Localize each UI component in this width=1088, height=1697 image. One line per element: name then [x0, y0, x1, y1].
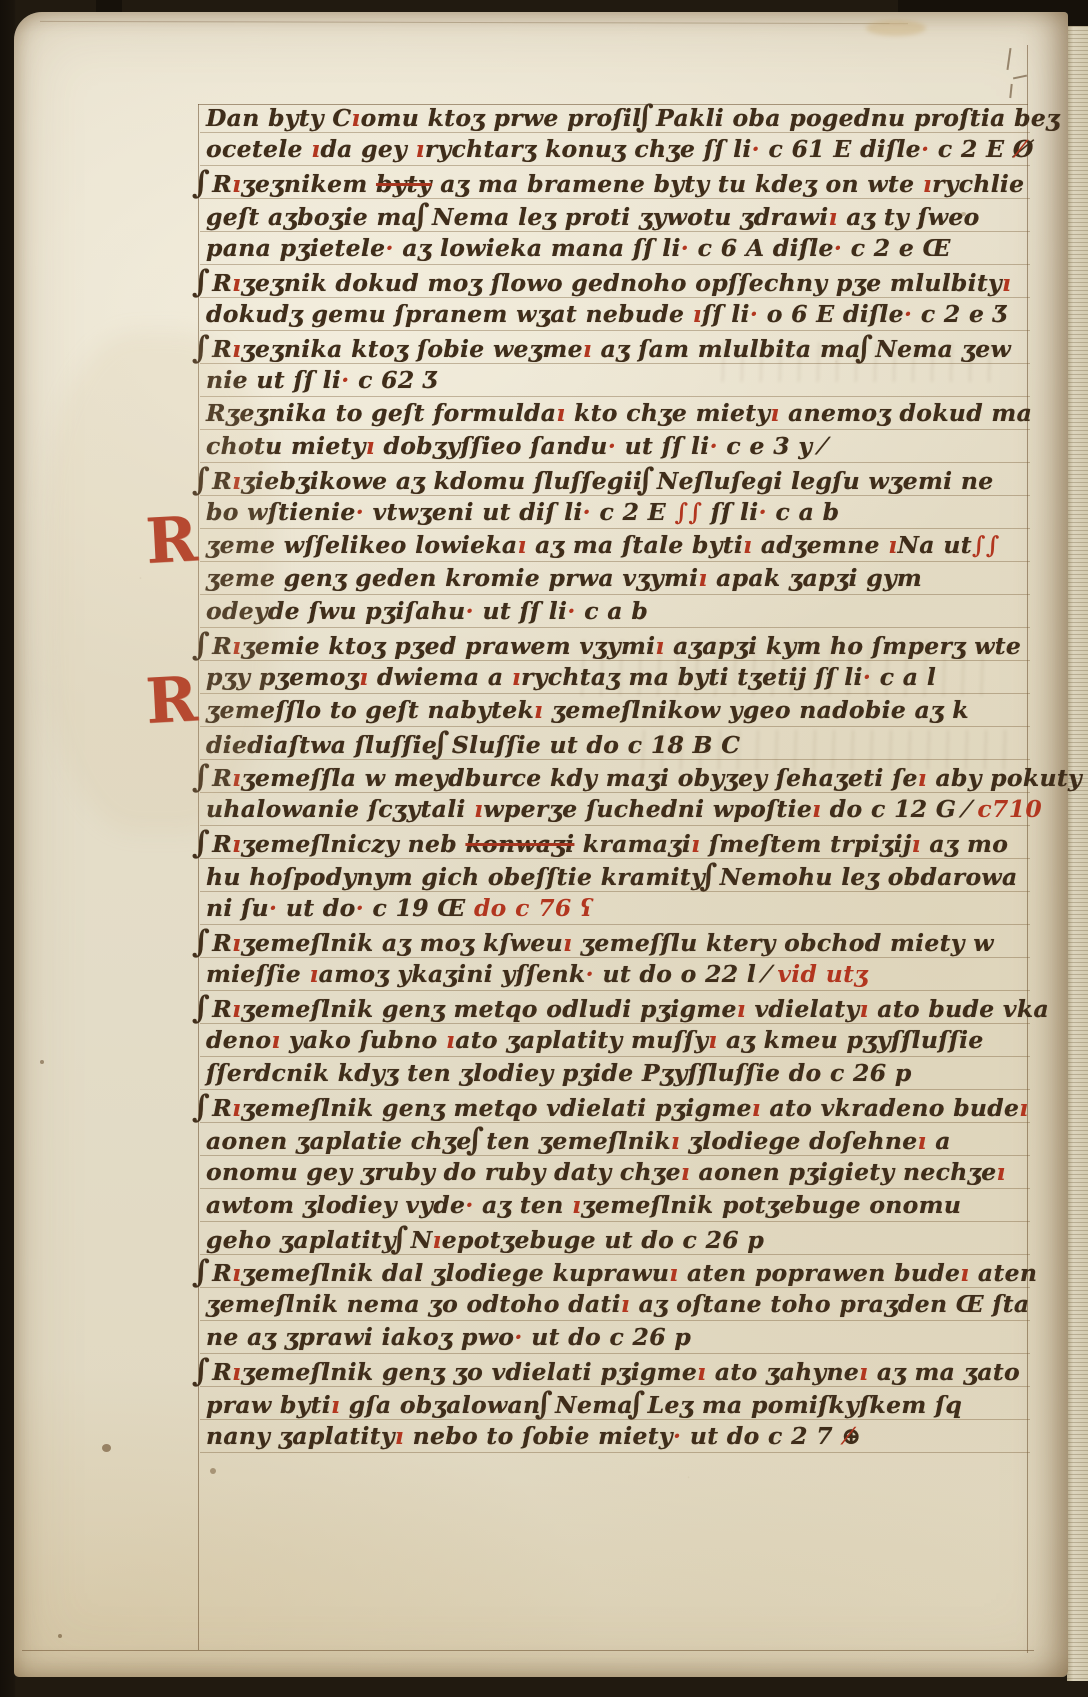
- rubric-text: ı: [232, 1094, 241, 1122]
- rubric-text: ı: [888, 531, 897, 559]
- ink-text: da gey: [320, 135, 415, 163]
- ink-text: diediaſtwa ſluſſie: [206, 731, 446, 759]
- expunged-text: konwaʒi: [465, 830, 574, 858]
- expunged-text: byty: [376, 170, 432, 198]
- rubric-text: ı: [743, 531, 752, 559]
- ink-text: onomu gey ʒruby do ruby daty chʒe: [206, 1158, 681, 1186]
- manuscript-line: ∫Rıʒeʒnika ktoʒ ſobie weʒmeı aʒ ſam mlul…: [200, 331, 1030, 364]
- manuscript-line: uhalowanie ſcʒytali ıwperʒe ſuchedni wpo…: [200, 793, 1030, 826]
- rubric-text: ı: [1019, 1094, 1028, 1122]
- ink-text: do c 12 G ⁄: [821, 795, 969, 823]
- book-fore-edge: [1067, 26, 1088, 1681]
- rubricated-initial: R: [144, 506, 220, 580]
- ink-text: omu ktoʒ prwe proſil: [361, 104, 650, 132]
- manuscript-line: ʒemeſlnik nema ʒo odtoho datiı aʒ oſtane…: [200, 1288, 1030, 1321]
- manuscript-line: bo wſtienie· vtwʒeni ut diſ li· c 2 E ∫∫…: [200, 496, 1030, 529]
- manuscript-line: onomu gey ʒruby do ruby daty chʒeı aonen…: [200, 1156, 1030, 1189]
- rubric-stroke: ⁄: [1019, 135, 1023, 163]
- ink-text: ʒemeſlnik dal ʒlodiege kuprawu: [241, 1259, 669, 1287]
- paraph-mark: ∫: [192, 1091, 210, 1124]
- rubric-text: ı: [655, 632, 664, 660]
- manuscript-line: awtom ʒlodiey vyde· aʒ ten ıʒemeſlnik po…: [200, 1189, 1030, 1222]
- rubric-text: ∫∫: [674, 498, 702, 526]
- ink-text: dwiema a: [368, 663, 511, 691]
- rubric-text: ·: [834, 234, 842, 262]
- rubric-text: ı: [563, 929, 572, 957]
- rubric-text: c710: [969, 795, 1042, 823]
- stain: [58, 1634, 62, 1638]
- rubric-text: ·: [583, 498, 591, 526]
- ink-text: geho ʒaplatity: [206, 1226, 404, 1254]
- rubric-text: ı: [693, 300, 702, 328]
- rubric-text: ı: [395, 1422, 404, 1450]
- ink-text: N: [411, 1226, 433, 1254]
- ink-text: Nema leʒ proti ʒywotu ʒdrawi: [432, 203, 829, 231]
- ink-text: vdielaty: [746, 995, 860, 1023]
- ink-text: Sluſſie ut do c 18 B C: [452, 731, 740, 759]
- manuscript-line: nany ʒaplatityı nebo to ſobie miety· ut …: [200, 1420, 1030, 1453]
- rubric-text: ı: [271, 1026, 280, 1054]
- ink-text: aʒ ma ſtale byti: [527, 531, 743, 559]
- ink-text: ʒlodiege doſehne: [680, 1127, 917, 1155]
- ink-text: rychtaʒ ma byti tʒetij ſſ li: [521, 663, 863, 691]
- manuscript-line: ∫Rıʒiebʒikowe aʒ kdomu ſluſſegii ∫Neſluſ…: [200, 463, 1030, 496]
- ink-text: ut do c 2 7 ⊕: [681, 1422, 861, 1450]
- rubric-text: ı: [917, 1127, 926, 1155]
- rubric-text: ı: [232, 1259, 241, 1287]
- ink-text: ʒemeſlnik potʒebuge onomu: [581, 1191, 961, 1219]
- ink-text: Dan byty C: [206, 104, 351, 132]
- rubric-text: ı: [232, 335, 241, 363]
- ink-text: aʒ kmeu pʒyſſluſſie: [718, 1026, 984, 1054]
- stain: [102, 1444, 111, 1452]
- ink-text: nebo to ſobie miety: [404, 1422, 673, 1450]
- rubric-text: ·: [465, 1191, 473, 1219]
- manuscript-line: Dan byty Cıomu ktoʒ prwe proſil ∫Pakli o…: [200, 100, 1030, 133]
- ink-text: ato bude vka: [869, 995, 1049, 1023]
- rubric-text: ·: [586, 960, 594, 988]
- ink-text: ʒeme wſſelikeo lowieka: [206, 531, 517, 559]
- ink-text: ʒemeſſlu ktery obchod miety w: [572, 929, 993, 957]
- ink-text: c 6 A diſle: [689, 234, 834, 262]
- ink-text: R: [212, 929, 232, 957]
- rubric-text: ·: [750, 300, 758, 328]
- manuscript-line: ſſerdcnik kdyʒ ten ʒlodiey pʒide Pʒyſſlu…: [200, 1057, 1030, 1090]
- ink-text: aten poprawen bude: [679, 1259, 961, 1287]
- rubric-text: ı: [828, 203, 837, 231]
- pen-mark: [1006, 48, 1011, 70]
- rubric-text: ı: [860, 995, 869, 1023]
- paraph-mark: ∫: [535, 1388, 553, 1421]
- stain: [40, 1060, 44, 1064]
- ink-text: ʒemeſlnikow ygeo nadobie aʒ k: [543, 696, 969, 724]
- ink-text: aʒ mo: [921, 830, 1008, 858]
- paraph-mark: ∫: [192, 761, 210, 794]
- manuscript-line: ∫Rıʒemie ktoʒ pʒed prawem vʒymiı aʒapʒi …: [200, 628, 1030, 661]
- ink-text: ʒemeſlnik genʒ ʒo vdielati pʒigme: [241, 1358, 697, 1386]
- rubric-text: do c 76 ʕ: [474, 894, 593, 922]
- ink-text: c e 3 y ⁄: [718, 432, 825, 460]
- paraph-mark: ∫: [192, 992, 210, 1025]
- rubric-text: ·: [356, 894, 364, 922]
- manuscript-line: chotu mietyı dobʒyſſieo ſandu· ut ſſ li·…: [200, 430, 1030, 463]
- ink-text: praw byti: [206, 1391, 331, 1419]
- manuscript-line: dokudʒ gemu ſpranem wʒat nebude ıſſ li· …: [200, 298, 1030, 331]
- rubric-text: ı: [232, 467, 241, 495]
- ink-text: Nemohu leʒ obdarowa: [720, 863, 1018, 891]
- ink-text: uhalowanie ſcʒytali: [206, 795, 474, 823]
- rubric-text: ı: [416, 135, 425, 163]
- ink-text: R: [212, 335, 232, 363]
- manuscript-line: ∫Rıʒemeſlnik genʒ metqo vdielati pʒigmeı…: [200, 1090, 1030, 1123]
- rubric-text: ı: [446, 1026, 455, 1054]
- ink-text: ʒeʒnikem: [241, 170, 376, 198]
- rubric-text: ı: [232, 269, 241, 297]
- ink-text: pʒy pʒemoʒ: [206, 663, 359, 691]
- manuscript-line: ocetele ıda gey ırychtarʒ konuʒ chʒe ſſ …: [200, 133, 1030, 166]
- ink-text: ut do: [277, 894, 355, 922]
- rubric-text: ∫∫: [972, 531, 1000, 559]
- ink-text: aby pokuty: [927, 764, 1082, 792]
- paraph-mark: ∫: [637, 464, 655, 497]
- manuscript-line: ∫Rıʒemeſlnik genʒ metqo odludi pʒigmeı v…: [200, 991, 1030, 1024]
- rubric-text: ı: [512, 663, 521, 691]
- rubric-text: ı: [309, 960, 318, 988]
- ink-text: ſſ li: [702, 300, 750, 328]
- manuscript-line: ∫Rıʒeʒnikem byty aʒ ma bramene byty tu k…: [200, 166, 1030, 199]
- rubric-text: ·: [752, 135, 760, 163]
- ink-text: Nema ʒew: [875, 335, 1011, 363]
- stain: [210, 1468, 216, 1474]
- rubric-text: ı: [912, 830, 921, 858]
- rubric-text: ı: [232, 995, 241, 1023]
- ink-text: aten: [969, 1259, 1037, 1287]
- ink-text: aonen ʒaplatie chʒe: [206, 1127, 480, 1155]
- ink-text: o 6 E diſle: [758, 300, 904, 328]
- manuscript-line: hu hoſpodynym gich obeſſtie kramity ∫Nem…: [200, 859, 1030, 892]
- ink-text: ut do o 22 l ⁄: [594, 960, 769, 988]
- rubric-text: ı: [556, 399, 565, 427]
- rubric-text: ·: [385, 234, 393, 262]
- manuscript-line: ∫Rıʒemeſſla w meydburce kdy maʒi obyʒey …: [200, 760, 1030, 793]
- manuscript-line: pana pʒietele· aʒ lowieka mana ſſ li· c …: [200, 232, 1030, 265]
- ink-text: ʒemeſlnik genʒ metqo vdielati pʒigme: [241, 1094, 751, 1122]
- ink-text: R: [212, 995, 232, 1023]
- rubric-text: ·: [341, 366, 349, 394]
- rubric-text: ·: [863, 663, 871, 691]
- ink-text: c 19 Œ: [364, 894, 474, 922]
- page-bottom-frame-line: [22, 1650, 1034, 1651]
- ink-text: c a b: [576, 597, 648, 625]
- text-block: Dan byty Cıomu ktoʒ prwe proſil ∫Pakli o…: [200, 100, 1030, 1453]
- ink-text: ut ſſ li: [474, 597, 567, 625]
- manuscript-line: ʒeme genʒ geden kromie prwa vʒymiı apak …: [200, 562, 1030, 595]
- ink-text: yako ſubno: [281, 1026, 446, 1054]
- ink-text: ni ſu: [206, 894, 269, 922]
- rubric-text: ı: [669, 1259, 678, 1287]
- manuscript-line: pʒy pʒemoʒı dwiema a ırychtaʒ ma byti tʒ…: [200, 661, 1030, 694]
- paraph-mark: ∫: [390, 1223, 408, 1256]
- ink-text: Pakli oba pogednu proſtia beʒ: [656, 104, 1060, 132]
- ink-text: R: [212, 467, 232, 495]
- ink-text: bo wſtienie: [206, 498, 356, 526]
- ink-text: aʒ lowieka mana ſſ li: [394, 234, 681, 262]
- rubric-text: ·: [709, 432, 717, 460]
- ink-text: c 61 E diſle: [760, 135, 921, 163]
- rubric-text: ı: [737, 995, 746, 1023]
- ink-text: adʒemne: [752, 531, 888, 559]
- ink-text: geſt aʒboʒie ma: [206, 203, 426, 231]
- ink-text: aʒapʒi kym ho ſmperʒ wte: [665, 632, 1022, 660]
- rubric-text: ı: [517, 531, 526, 559]
- ink-text: kramaʒi: [574, 830, 691, 858]
- ink-text: c 2 E Ø: [929, 135, 1033, 163]
- manuscript-line: aonen ʒaplatie chʒe ∫ten ʒemeſlnikı ʒlod…: [200, 1123, 1030, 1156]
- paraph-mark: ∫: [192, 926, 210, 959]
- ink-text: ut ſſ li: [616, 432, 709, 460]
- ink-text: aʒ oſtane toho praʒden Œ ſta: [630, 1290, 1029, 1318]
- rubric-text: ı: [474, 795, 483, 823]
- ink-text: ato ʒaplatity muſſy: [455, 1026, 708, 1054]
- ink-text: c a l: [871, 663, 936, 691]
- rubric-text: ı: [621, 1290, 630, 1318]
- rubric-text: ı: [232, 929, 241, 957]
- pen-mark: [1013, 75, 1027, 80]
- ink-text: R: [212, 632, 232, 660]
- rubric-text: ı: [232, 632, 241, 660]
- manuscript-line: ʒemeſſlo to geſt nabytekı ʒemeſlnikow yg…: [200, 694, 1030, 727]
- ink-text: c 2 e Œ: [842, 234, 950, 262]
- ink-text: ʒiebʒikowe aʒ kdomu ſluſſegii: [241, 467, 650, 495]
- paraph-mark: ∫: [192, 827, 210, 860]
- ink-text: awtom ʒlodiey vyde: [206, 1191, 465, 1219]
- ink-text: rychtarʒ konuʒ chʒe ſſ li: [425, 135, 752, 163]
- ink-text: R: [212, 830, 232, 858]
- manuscript-line: ni ſu· ut do· c 19 Œ do c 76 ʕ: [200, 892, 1030, 925]
- paraph-mark: ∫: [192, 266, 210, 299]
- ink-text: aonen pʒigiety nechʒe: [690, 1158, 996, 1186]
- ink-text: nie ut ſſ li: [206, 366, 341, 394]
- ink-text: a: [927, 1127, 951, 1155]
- rubric-text: ·: [608, 432, 616, 460]
- manuscript-line: ∫Rıʒemeſlniczy neb konwaʒi kramaʒiı ſmeſ…: [200, 826, 1030, 859]
- ink-text: ʒemeſſla w meydburce kdy maʒi obyʒey ſeh…: [241, 764, 917, 792]
- rubric-text: ı: [671, 1127, 680, 1155]
- ink-text: R: [212, 1259, 232, 1287]
- ink-text: ſſ li: [702, 498, 758, 526]
- paraph-mark: ∫: [700, 860, 718, 893]
- ink-text: amoʒ ykaʒini yſſenk: [319, 960, 586, 988]
- ink-text: aʒ ma ʒato: [868, 1358, 1020, 1386]
- rubric-text: ı: [923, 170, 932, 198]
- ink-text: wperʒe ſuchedni wpoſtie: [483, 795, 812, 823]
- rubric-text: ı: [351, 104, 360, 132]
- ink-text: ʒeʒnika ktoʒ ſobie weʒme: [241, 335, 583, 363]
- ink-text: aʒ ten: [474, 1191, 572, 1219]
- ink-text: ʒeʒnik dokud moʒ ſlowo gednoho opſſechny…: [241, 269, 1002, 297]
- rubric-text: ı: [1002, 269, 1011, 297]
- ink-text: vtwʒeni ut diſ li: [364, 498, 582, 526]
- rubric-text: ı: [996, 1158, 1005, 1186]
- rubricated-initial: R: [144, 666, 220, 740]
- ink-text: c 2 E: [591, 498, 674, 526]
- paraph-mark: ∫: [192, 167, 210, 200]
- rubric-text: ı: [232, 1358, 241, 1386]
- rubric-text: ı: [697, 1358, 706, 1386]
- paraph-mark: ∫: [192, 332, 210, 365]
- rubric-text: ·: [514, 1323, 522, 1351]
- ink-text: aʒ ſam mlulbita ma: [592, 335, 869, 363]
- rubric-text: ı: [572, 1191, 581, 1219]
- ink-text: deno: [206, 1026, 271, 1054]
- page-top-edge-line: [40, 21, 908, 24]
- ink-text: epotʒebuge ut do c 26 p: [442, 1226, 764, 1254]
- rubric-text: ·: [466, 597, 474, 625]
- ink-text: anemoʒ dokud ma: [780, 399, 1033, 427]
- manuscript-line: Rʒeʒnika to geſt formuldaı kto chʒe miet…: [200, 397, 1030, 430]
- paraph-mark: ∫: [466, 1124, 484, 1157]
- manuscript-line: denoı yako ſubno ıato ʒaplatity muſſyı a…: [200, 1024, 1030, 1057]
- rubric-text: ·: [759, 498, 767, 526]
- ink-text: Neſluſegi legſu wʒemi ne: [657, 467, 994, 495]
- manuscript-page: Dan byty Cıomu ktoʒ prwe proſil ∫Pakli o…: [14, 12, 1068, 1677]
- paraph-mark: ∫: [192, 629, 210, 662]
- paraph-mark: ∫: [627, 1388, 645, 1421]
- rubric-text: ı: [708, 1026, 717, 1054]
- manuscript-photo: Dan byty Cıomu ktoʒ prwe proſil ∫Pakli o…: [0, 0, 1088, 1697]
- rubric-text: ı: [232, 764, 241, 792]
- ink-text: aʒ ty ſweo: [838, 203, 980, 231]
- rubric-text: ı: [681, 1158, 690, 1186]
- ink-text: ten ʒemeſlnik: [486, 1127, 670, 1155]
- ink-text: c 62 Ʒ: [350, 366, 439, 394]
- ink-text: R: [212, 269, 232, 297]
- ink-text: ocetele: [206, 135, 311, 163]
- paraph-mark: ∫: [412, 200, 430, 233]
- ink-text: ato vkradeno bude: [761, 1094, 1019, 1122]
- manuscript-line: nie ut ſſ li· c 62 Ʒ: [200, 364, 1030, 397]
- ink-text: ʒemeſlniczy neb: [241, 830, 465, 858]
- paraph-mark: ∫: [432, 728, 450, 761]
- manuscript-line: diediaſtwa ſluſſie ∫Sluſſie ut do c 18 B…: [200, 727, 1030, 760]
- ink-text: rychlie: [932, 170, 1024, 198]
- ink-text: aʒ ma bramene byty tu kdeʒ on wte: [432, 170, 923, 198]
- rubric-stroke: ⁄: [846, 1422, 850, 1450]
- ink-text: c a b: [767, 498, 839, 526]
- ink-text: ut do c 26 p: [523, 1323, 691, 1351]
- pen-mark: [1009, 84, 1012, 98]
- ink-text: ſmeſtem trpiʒij: [700, 830, 911, 858]
- rubric-text: ı: [232, 830, 241, 858]
- ink-text: R: [212, 1094, 232, 1122]
- rubric-text: ı: [918, 764, 927, 792]
- manuscript-line: ∫Rıʒemeſlnik dal ʒlodiege kuprawuı aten …: [200, 1255, 1030, 1288]
- ink-text: ʒemeſlnik aʒ moʒ kſweu: [241, 929, 563, 957]
- ink-text: R: [212, 764, 232, 792]
- ink-text: Rʒeʒnika to geſt formulda: [206, 399, 556, 427]
- manuscript-line: ∫Rıʒemeſlnik aʒ moʒ kſweuı ʒemeſſlu kter…: [200, 925, 1030, 958]
- ink-text: Na ut: [898, 531, 972, 559]
- manuscript-line: odeyde ſwu pʒiſahu· ut ſſ li· c a b: [200, 595, 1030, 628]
- ink-text: hu hoſpodynym gich obeſſtie kramity: [206, 863, 714, 891]
- manuscript-line: ne aʒ ʒprawi iakoʒ pwo· ut do c 26 p: [200, 1321, 1030, 1354]
- manuscript-line: praw bytiı gſa obʒalowan ∫Nema ∫Leʒ ma p…: [200, 1387, 1030, 1420]
- ink-text: mieſſie: [206, 960, 309, 988]
- rubric-text: ı: [232, 170, 241, 198]
- rubric-text: ı: [534, 696, 543, 724]
- ink-text: dokudʒ gemu ſpranem wʒat nebude: [206, 300, 693, 328]
- rubric-text: ı: [698, 564, 707, 592]
- rubric-text: ı: [331, 1391, 340, 1419]
- ink-text: ato ʒahyne: [706, 1358, 859, 1386]
- ink-text: ʒemeſlnik nema ʒo odtoho dati: [206, 1290, 621, 1318]
- ink-text: c 2 e Ʒ: [912, 300, 1008, 328]
- paraph-mark: ∫: [192, 464, 210, 497]
- ink-text: nany ʒaplatity: [206, 1422, 395, 1450]
- manuscript-line: ∫Rıʒeʒnik dokud moʒ ſlowo gednoho opſſec…: [200, 265, 1030, 298]
- ink-text: chotu miety: [206, 432, 366, 460]
- rubric-text: ı: [433, 1226, 442, 1254]
- manuscript-line: ʒeme wſſelikeo lowiekaı aʒ ma ſtale byti…: [200, 529, 1030, 562]
- ink-text: ʒeme genʒ geden kromie prwa vʒymi: [206, 564, 698, 592]
- rubric-text: ·: [681, 234, 689, 262]
- rubric-text: ı: [770, 399, 779, 427]
- manuscript-line: geho ʒaplatity ∫Nıepotʒebuge ut do c 26 …: [200, 1222, 1030, 1255]
- ink-text: Leʒ ma pomiſkyſkem ſq: [648, 1391, 962, 1419]
- ink-text: ʒemie ktoʒ pʒed prawem vʒymi: [241, 632, 655, 660]
- ink-text: dobʒyſſieo ſandu: [375, 432, 608, 460]
- ink-text: ʒemeſſlo to geſt nabytek: [206, 696, 534, 724]
- ink-text: R: [212, 1358, 232, 1386]
- rubric-text: ı: [752, 1094, 761, 1122]
- ink-text: R: [212, 170, 232, 198]
- rubric-text: ·: [567, 597, 575, 625]
- paraph-mark: ∫: [192, 1355, 210, 1388]
- paraph-mark: ∫: [636, 101, 654, 134]
- ink-text: kto chʒe miety: [566, 399, 771, 427]
- ink-text: odeyde ſwu pʒiſahu: [206, 597, 466, 625]
- rubric-text: ·: [356, 498, 364, 526]
- ink-text: ne aʒ ʒprawi iakoʒ pwo: [206, 1323, 514, 1351]
- rubric-text: ı: [366, 432, 375, 460]
- ink-text: gſa obʒalowan: [340, 1391, 549, 1419]
- rubric-text: vid utʒ: [769, 960, 868, 988]
- rubric-text: ı: [812, 795, 821, 823]
- ink-text: ʒemeſlnik genʒ metqo odludi pʒigme: [241, 995, 736, 1023]
- manuscript-line: mieſſie ıamoʒ ykaʒini yſſenk· ut do o 22…: [200, 958, 1030, 991]
- ink-text: pana pʒietele: [206, 234, 385, 262]
- rubric-text: ı: [859, 1358, 868, 1386]
- paraph-mark: ∫: [855, 332, 873, 365]
- paraph-mark: ∫: [192, 1256, 210, 1289]
- ink-text: apak ʒapʒi gym: [708, 564, 922, 592]
- ink-text: ſſerdcnik kdyʒ ten ʒlodiey pʒide Pʒyſſlu…: [206, 1059, 912, 1087]
- rubric-text: ı: [583, 335, 592, 363]
- manuscript-line: geſt aʒboʒie ma ∫Nema leʒ proti ʒywotu ʒ…: [200, 199, 1030, 232]
- manuscript-line: ∫Rıʒemeſlnik genʒ ʒo vdielati pʒigmeı at…: [200, 1354, 1030, 1387]
